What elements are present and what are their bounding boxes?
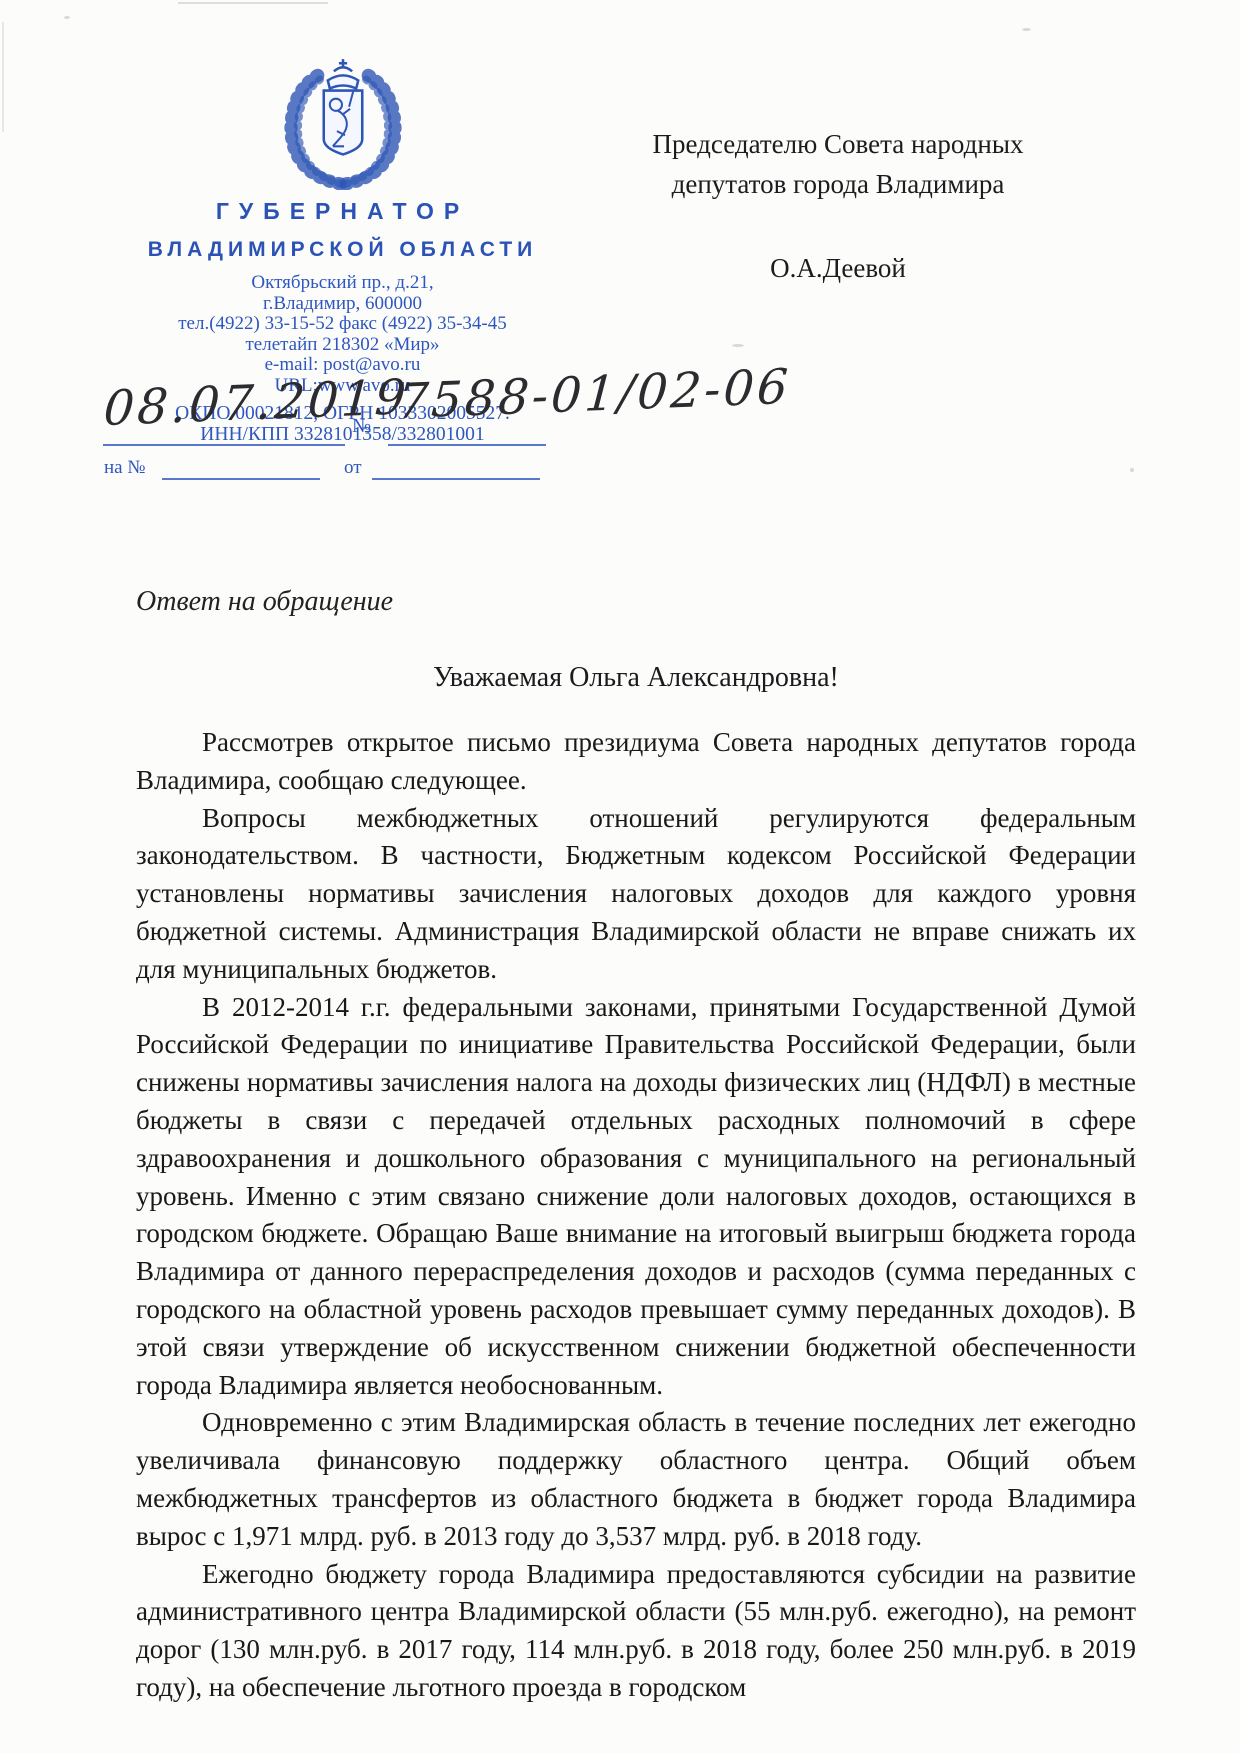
number-sign-label: № xyxy=(352,415,371,438)
addressee-block: Председателю Совета народных депутатов г… xyxy=(596,124,1080,288)
scan-artifact xyxy=(2,22,4,132)
address-line: тел.(4922) 33-15-52 факс (4922) 35-34-45 xyxy=(90,314,595,335)
scan-speck xyxy=(1022,28,1031,31)
scan-speck xyxy=(732,344,744,347)
reply-date-underline xyxy=(372,478,540,480)
addressee-line2: депутатов города Владимира xyxy=(596,164,1080,204)
address-line: г.Владимир, 600000 xyxy=(90,294,595,315)
org-name-line2: ВЛАДИМИРСКОЙ ОБЛАСТИ xyxy=(90,238,595,262)
addressee-line1: Председателю Совета народных xyxy=(596,124,1080,164)
body-paragraph: Одновременно с этим Владимирская область… xyxy=(136,1404,1136,1555)
scan-speck xyxy=(64,16,70,19)
coat-of-arms-icon xyxy=(267,56,419,190)
scan-speck xyxy=(1130,468,1134,472)
salutation: Уважаемая Ольга Александровна! xyxy=(136,662,1136,694)
body-paragraph: Вопросы межбюджетных отношений регулирую… xyxy=(136,800,1136,989)
reply-number-underline xyxy=(162,478,320,480)
reply-to-number-label: на № xyxy=(104,457,145,479)
number-underline xyxy=(388,444,546,446)
address-line: телетайп 218302 «Мир» xyxy=(90,335,595,356)
org-name-line1: ГУБЕРНАТОР xyxy=(90,198,595,225)
scanned-letter-page: ГУБЕРНАТОР ВЛАДИМИРСКОЙ ОБЛАСТИ Октябрьс… xyxy=(0,0,1240,1753)
address-line: Октябрьский пр., д.21, xyxy=(90,273,595,294)
body-paragraph: Ежегодно бюджету города Владимира предос… xyxy=(136,1556,1136,1707)
body-paragraph: В 2012-2014 г.г. федеральными законами, … xyxy=(136,989,1136,1405)
letter-body: Рассмотрев открытое письмо президиума Со… xyxy=(136,724,1136,1707)
subject-line: Ответ на обращение xyxy=(136,586,393,618)
addressee-name: О.А.Деевой xyxy=(596,248,1080,288)
scan-artifact xyxy=(178,2,328,4)
body-paragraph: Рассмотрев открытое письмо президиума Со… xyxy=(136,724,1136,800)
date-underline xyxy=(103,444,345,446)
reply-from-label: от xyxy=(344,457,362,479)
